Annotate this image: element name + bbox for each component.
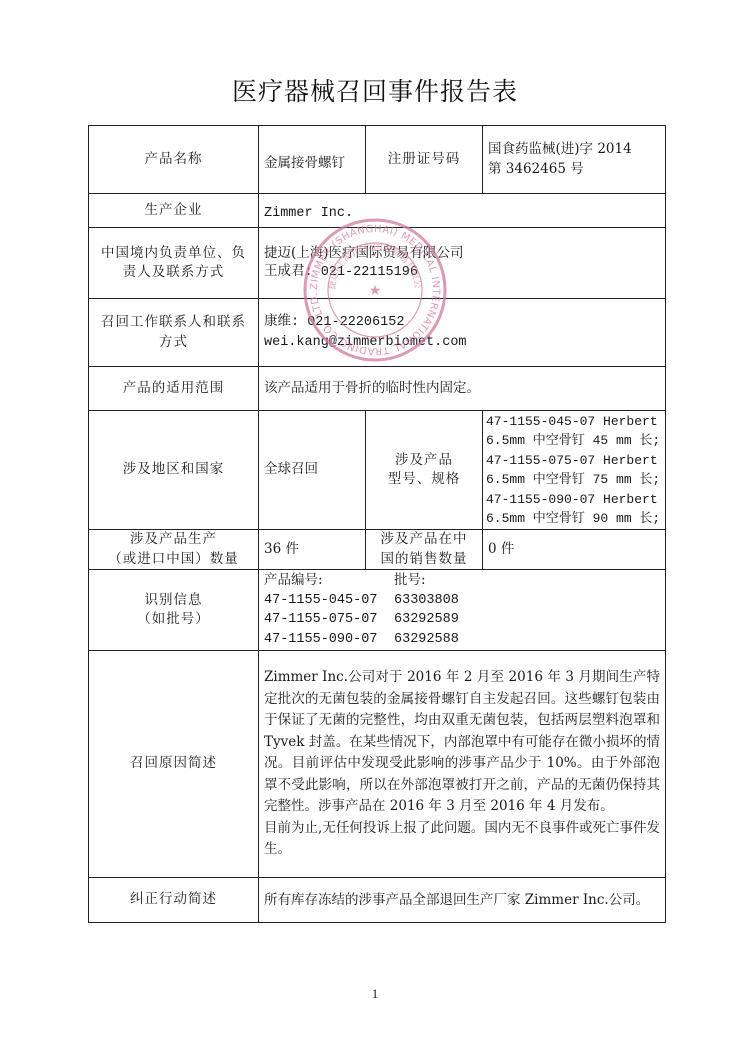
row-corrective: 纠正行动简述 所有库存冻结的涉事产品全部退回生产厂家 Zimmer Inc.公司… [89, 878, 666, 923]
reason-paragraph-2: 目前为止,无任何投诉上报了此问题。国内无不良事件或死亡事件发生。 [264, 818, 660, 861]
label-manufacturer: 生产企业 [89, 194, 259, 228]
row-manufacturer: 生产企业 Zimmer Inc. [89, 194, 666, 228]
registration-line-1: 国食药监械(进)字 2014 [488, 140, 660, 160]
label-quantity-line-1: 涉及产品生产 [94, 530, 253, 550]
lot-number: 63292589 [394, 610, 514, 630]
row-scope: 产品的适用范围 该产品适用于骨折的临时性内固定。 [89, 367, 666, 411]
label-reason: 召回原因简述 [89, 651, 259, 878]
header-lot-number: 批号: [394, 571, 514, 591]
registration-line-2: 第 3462465 号 [488, 160, 660, 180]
label-region: 涉及地区和国家 [89, 411, 259, 530]
recall-report-table: 产品名称 金属接骨螺钉 注册证号码 国食药监械(进)字 2014 第 34624… [88, 125, 666, 923]
label-china-agent-line-1: 中国境内负责单位、负 [94, 244, 253, 264]
row-quantity: 涉及产品生产 （或进口中国）数量 36 件 涉及产品在中 国的销售数量 0 件 [89, 530, 666, 570]
label-registration-number: 注册证号码 [366, 126, 483, 194]
value-models: 47-1155-045-07 Herbert6.5mm 中空骨钉 45 mm 长… [483, 411, 666, 530]
label-identification-line-2: （如批号） [94, 610, 253, 630]
row-product-name: 产品名称 金属接骨螺钉 注册证号码 国食药监械(进)字 2014 第 34624… [89, 126, 666, 194]
document-title: 医疗器械召回事件报告表 [0, 72, 750, 108]
label-china-sales: 涉及产品在中 国的销售数量 [366, 530, 483, 570]
label-china-agent: 中国境内负责单位、负 责人及联系方式 [89, 228, 259, 299]
label-quantity: 涉及产品生产 （或进口中国）数量 [89, 530, 259, 570]
product-code: 47-1155-090-07 [264, 630, 394, 650]
label-china-sales-line-1: 涉及产品在中 [371, 530, 477, 550]
label-corrective: 纠正行动简述 [89, 878, 259, 923]
value-china-agent: 捷迈(上海)医疗国际贸易有限公司 王成君: 021-22115196 [259, 228, 666, 299]
row-region: 涉及地区和国家 全球召回 涉及产品 型号、规格 47-1155-045-07 H… [89, 411, 666, 530]
label-models: 涉及产品 型号、规格 [366, 411, 483, 530]
row-identification: 识别信息 （如批号） 产品编号: 批号: 47-1155-045-07 6330… [89, 570, 666, 651]
value-registration-number: 国食药监械(进)字 2014 第 3462465 号 [483, 126, 666, 194]
model-spec: 6.5mm 中空骨钉 45 mm 长; [486, 431, 662, 451]
label-recall-contact: 召回工作联系人和联系 方式 [89, 299, 259, 367]
model-item: 47-1155-090-07 Herbert6.5mm 中空骨钉 90 mm 长… [486, 490, 662, 529]
row-china-agent: 中国境内负责单位、负 责人及联系方式 捷迈(上海)医疗国际贸易有限公司 王成君:… [89, 228, 666, 299]
label-identification-line-1: 识别信息 [94, 591, 253, 611]
page-number: 1 [0, 986, 750, 1002]
lot-number: 63303808 [394, 591, 514, 611]
product-code: 47-1155-045-07 [264, 591, 394, 611]
value-recall-contact: 康维: 021-22206152 wei.kang@zimmerbiomet.c… [259, 299, 666, 367]
recall-contact-phone: 康维: 021-22206152 [264, 313, 660, 333]
value-china-sales: 0 件 [483, 530, 666, 570]
label-models-line-1: 涉及产品 [371, 451, 477, 471]
value-identification: 产品编号: 批号: 47-1155-045-07 63303808 47-115… [259, 570, 666, 651]
label-models-line-2: 型号、规格 [371, 470, 477, 490]
row-recall-contact: 召回工作联系人和联系 方式 康维: 021-22206152 wei.kang@… [89, 299, 666, 367]
label-quantity-line-2: （或进口中国）数量 [94, 550, 253, 570]
value-scope: 该产品适用于骨折的临时性内固定。 [259, 367, 666, 411]
model-spec: 6.5mm 中空骨钉 90 mm 长; [486, 509, 662, 529]
label-china-agent-line-2: 责人及联系方式 [94, 263, 253, 283]
label-china-sales-line-2: 国的销售数量 [371, 550, 477, 570]
value-reason: Zimmer Inc.公司对于 2016 年 2 月至 2016 年 3 月期间… [259, 651, 666, 878]
model-code: 47-1155-090-07 Herbert [486, 490, 662, 510]
model-code: 47-1155-075-07 Herbert [486, 451, 662, 471]
model-item: 47-1155-045-07 Herbert6.5mm 中空骨钉 45 mm 长… [486, 412, 662, 451]
china-agent-contact: 王成君: 021-22115196 [264, 263, 660, 283]
recall-contact-email: wei.kang@zimmerbiomet.com [264, 333, 660, 353]
label-scope: 产品的适用范围 [89, 367, 259, 411]
label-product-name: 产品名称 [89, 126, 259, 194]
value-manufacturer: Zimmer Inc. [259, 194, 666, 228]
label-recall-contact-line-1: 召回工作联系人和联系 [94, 313, 253, 333]
product-code: 47-1155-075-07 [264, 610, 394, 630]
value-corrective: 所有库存冻结的涉事产品全部退回生产厂家 Zimmer Inc.公司。 [259, 878, 666, 923]
model-code: 47-1155-045-07 Herbert [486, 412, 662, 432]
lot-number: 63292588 [394, 630, 514, 650]
reason-paragraph-1: Zimmer Inc.公司对于 2016 年 2 月至 2016 年 3 月期间… [264, 667, 660, 818]
model-spec: 6.5mm 中空骨钉 75 mm 长; [486, 470, 662, 490]
value-region: 全球召回 [259, 411, 366, 530]
lot-table: 产品编号: 批号: 47-1155-045-07 63303808 47-115… [264, 571, 660, 649]
header-product-code: 产品编号: [264, 571, 394, 591]
china-agent-company: 捷迈(上海)医疗国际贸易有限公司 [264, 244, 660, 264]
label-identification: 识别信息 （如批号） [89, 570, 259, 651]
row-reason: 召回原因简述 Zimmer Inc.公司对于 2016 年 2 月至 2016 … [89, 651, 666, 878]
value-quantity: 36 件 [259, 530, 366, 570]
model-item: 47-1155-075-07 Herbert6.5mm 中空骨钉 75 mm 长… [486, 451, 662, 490]
value-product-name: 金属接骨螺钉 [259, 126, 366, 194]
label-recall-contact-line-2: 方式 [94, 333, 253, 353]
